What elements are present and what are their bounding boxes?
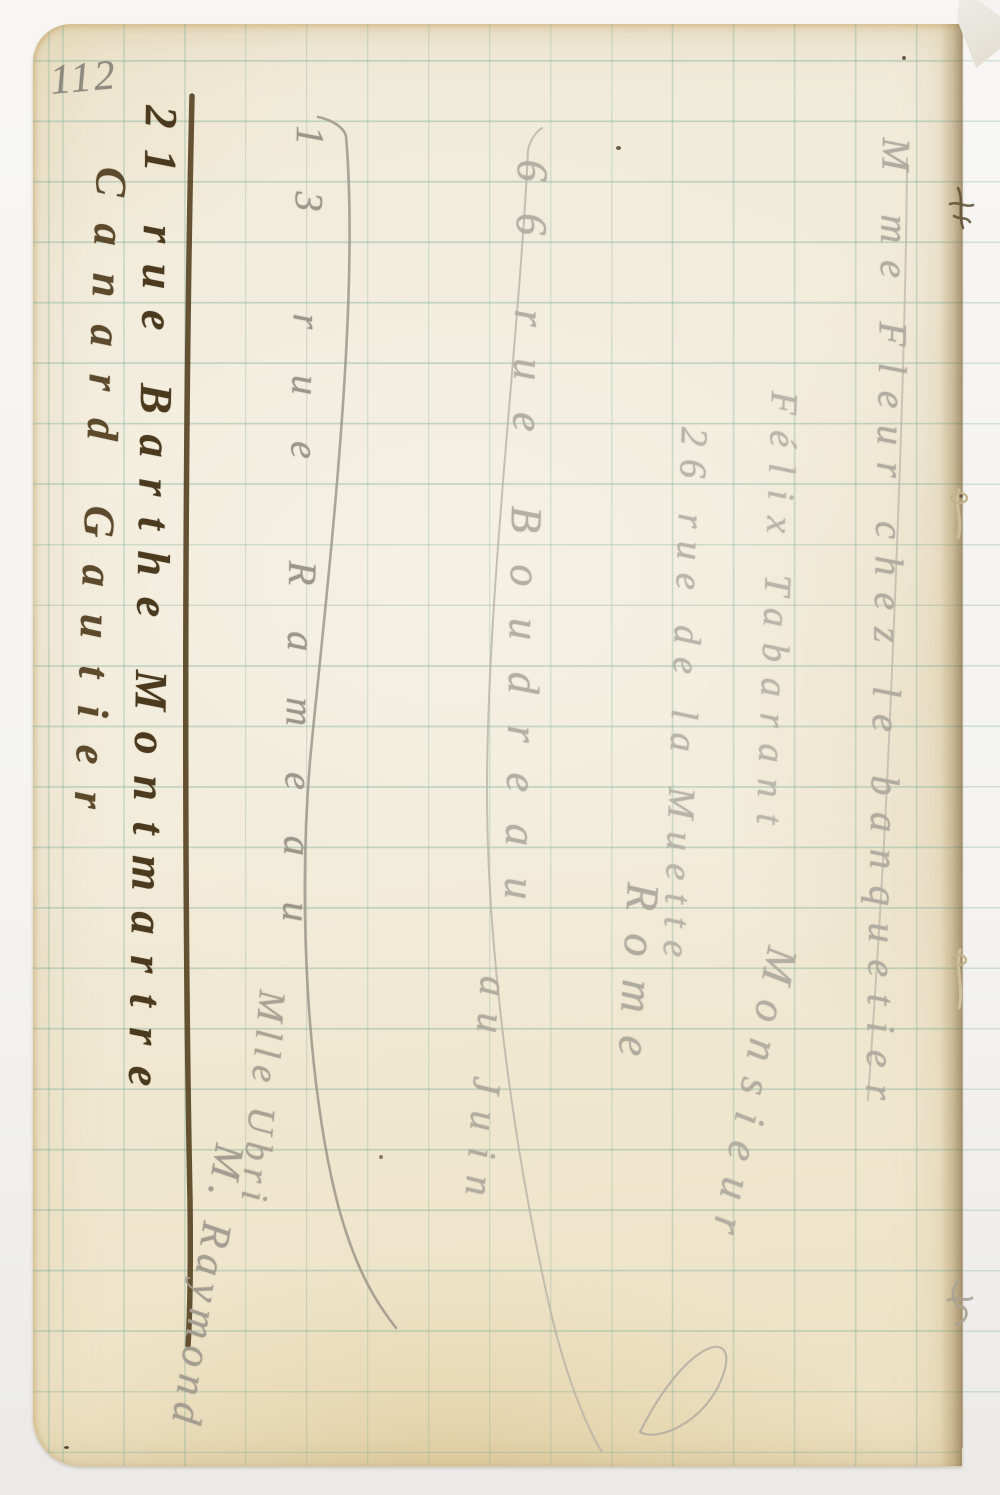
paper-speck [379, 1155, 383, 1159]
stitch-thread-1 [946, 186, 976, 244]
ink-divider-line [186, 96, 192, 1345]
notebook-scan: 112 21 rue Barthe Montmartre Canard Gaut… [0, 0, 1000, 1495]
paper-speck [616, 146, 621, 150]
stitch-thread-2 [947, 488, 975, 548]
handwriting-line-pencil-7: Rome [607, 881, 668, 1080]
page-number: 112 [48, 51, 119, 105]
pencil-flourish-loop [640, 1347, 726, 1435]
paper-speck [902, 56, 906, 60]
stitch-thread-4 [942, 1278, 976, 1334]
stitch-thread-3 [947, 948, 975, 1014]
paper-speck [64, 1446, 69, 1449]
